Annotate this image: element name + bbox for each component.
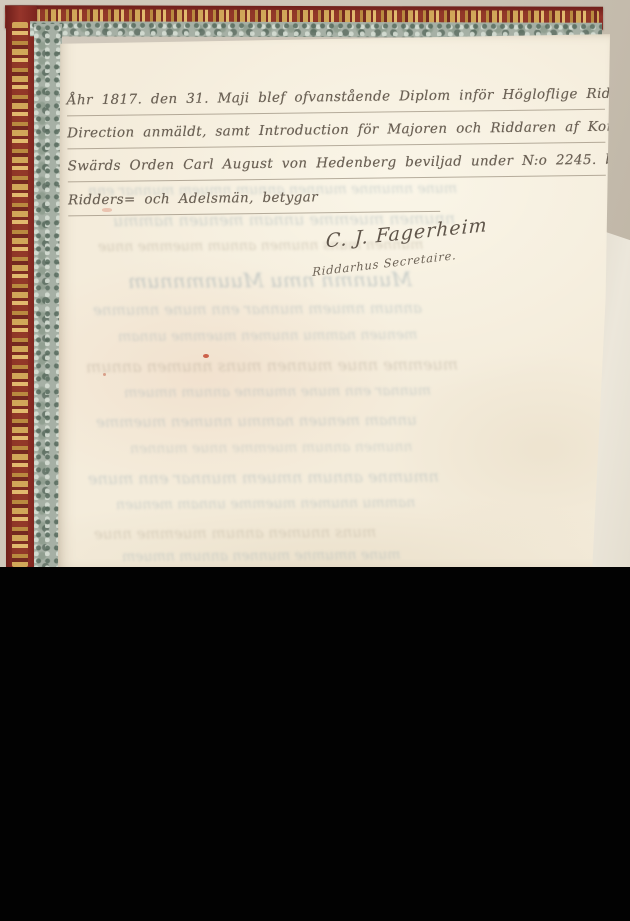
bleedthrough-line: nammu nnumen muemme unnam menuen xyxy=(116,495,415,513)
bleedthrough-line: nnumen annum muemme nnue munnen xyxy=(130,439,413,457)
photo-of-book-page: mune nmumne munnen annum nmuem munnar en… xyxy=(0,0,630,567)
manuscript-page: mune nmumne munnen annum nmuem munnar en… xyxy=(58,32,610,567)
manuscript-line: Åhr 1817. den 31. Maji blef ofvanstående… xyxy=(67,86,605,117)
bleedthrough-line: unnam menuen nammu nnumen muemme xyxy=(96,411,417,431)
red-ink-spot xyxy=(103,373,106,376)
manuscript-line: Ridders= och Adelsmän, betygar xyxy=(68,188,440,217)
manuscript-line: Swärds Orden Carl August von Hedenberg b… xyxy=(68,152,606,183)
bleedthrough-line: nmumne annum nmuem munnar enn mune xyxy=(88,467,439,488)
red-ink-smudge xyxy=(102,208,112,212)
gilt-tooling-left xyxy=(12,22,28,567)
bleedthrough-line: annum nmuem munnar enn mune nmumne xyxy=(93,299,422,319)
bleedthrough-line: mune nmumne munnen annum nmuem xyxy=(122,547,401,565)
black-letterbox xyxy=(0,567,630,921)
bleedthrough-line: muemme nnue munnen muns nnumen annum xyxy=(86,355,458,377)
bleedthrough-line: menuen nammu nnumen muemme unnam xyxy=(118,327,417,345)
marbled-endpaper-left xyxy=(34,24,62,567)
bleedthrough-line: munnar enn mune nmumne annum nmuem xyxy=(124,383,431,401)
red-ink-spot xyxy=(203,354,209,358)
book-cover-edge-left xyxy=(6,6,37,567)
bleedthrough-line: muns nnumen annum muemme nnue xyxy=(94,523,376,543)
marbled-endpaper-top xyxy=(30,21,602,37)
manuscript-line: Direction anmäldt, samt Introduction för… xyxy=(67,119,605,150)
